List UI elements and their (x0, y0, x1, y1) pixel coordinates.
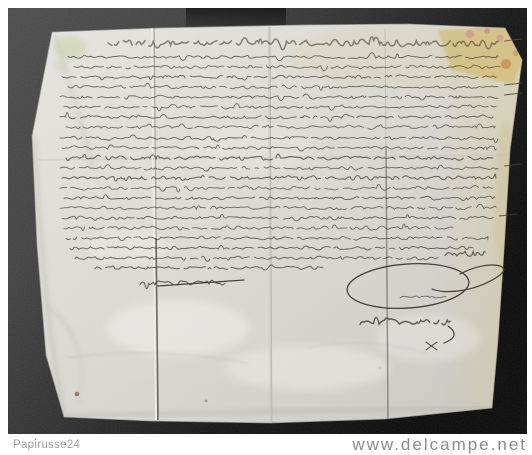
manuscript-photo (8, 8, 527, 434)
watermark-site-url: www.delcampe.net (352, 435, 527, 455)
watermark-bar: Papirusse24 www.delcampe.net (0, 434, 532, 455)
manuscript-photo-svg (8, 8, 527, 434)
parchment-sheet (8, 8, 527, 434)
listing-image: Papirusse24 www.delcampe.net (0, 0, 532, 455)
watermark-seller: Papirusse24 (13, 439, 80, 451)
